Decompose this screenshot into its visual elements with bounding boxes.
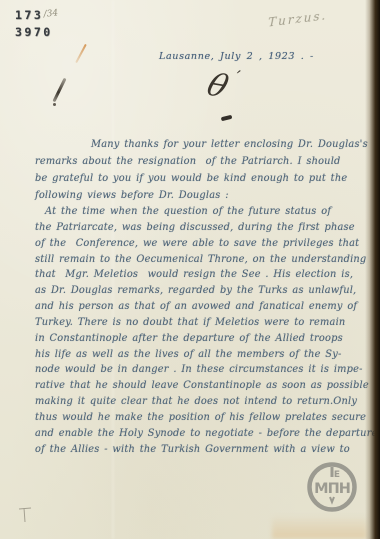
archive-number-row: 3970 <box>15 24 59 39</box>
typewritten-line: remarks about the resignation of the Pat… <box>35 153 371 170</box>
typewritten-line: be grateful to you if you would be kind … <box>35 170 371 187</box>
orange-scratch-mark <box>75 44 87 63</box>
typewritten-line: thus would he make the position of his f… <box>35 410 371 426</box>
stamp-bottom-mark <box>330 497 334 502</box>
typewritten-line: following views before Dr. Douglas : <box>35 187 371 204</box>
typewritten-line: At the time when the question of the fut… <box>35 204 371 220</box>
typewritten-line: of the Allies - with the Turkish Governm… <box>35 442 371 458</box>
typewritten-line: still remain to the Oecumenical Throne, … <box>35 252 371 268</box>
typewritten-line: in Constantinople after the departure of… <box>35 331 371 347</box>
library-circular-stamp: Ε ΜΠΗ <box>305 460 359 514</box>
typewritten-line: of the Conference, we were able to save … <box>35 236 371 252</box>
typewritten-line: node would be in danger . In these circu… <box>35 362 371 378</box>
scan-corner-discoloration <box>272 515 367 539</box>
handwritten-theta-mark: θ ′ <box>203 67 251 121</box>
dateline: Lausanne, July 2 , 1923 . - <box>159 51 314 62</box>
stamp-top-letter: Ε <box>334 470 340 480</box>
typewritten-line: and enable the Holy Synode to negotiate … <box>35 426 371 442</box>
typewritten-line: rative that he should leave Constantinop… <box>35 378 371 394</box>
archive-numbers: 173/34 3970 <box>15 7 59 39</box>
theta-glyph: θ <box>202 67 233 105</box>
theta-prime: ′ <box>234 67 241 87</box>
archive-number-stamp-2: 3970 <box>15 25 53 39</box>
typewritten-line: that Mgr. Meletios would resign the See … <box>35 267 371 283</box>
typewritten-line: and his person as that of an avowed and … <box>35 299 371 315</box>
archive-number-stamp: 173 <box>15 8 43 22</box>
pencil-slash-mark <box>52 78 66 103</box>
faint-pencil-mark <box>17 506 37 526</box>
scanned-letter-page: 173/34 3970 Turzus. Lausanne, July 2 , 1… <box>0 0 380 539</box>
typewritten-line: his life as well as the lives of all the… <box>35 347 371 363</box>
paragraph: At the time when the question of the fut… <box>35 204 371 458</box>
pencil-dot-mark <box>53 103 56 106</box>
scan-edge-shadow <box>365 0 380 539</box>
typewritten-line: as Dr. Douglas remarks, regarded by the … <box>35 283 371 299</box>
archive-number-pencil-suffix: /34 <box>43 6 59 21</box>
typewritten-line: Turkey. There is no doubt that if Meleti… <box>35 315 371 331</box>
typewritten-line: Many thanks for your letter enclosing Dr… <box>35 136 371 153</box>
stamp-monogram-letters: ΜΠΗ <box>314 481 350 497</box>
handwritten-pencil-note: Turzus. <box>268 8 327 29</box>
archive-number-row: 173/34 <box>15 7 59 24</box>
paragraph: Many thanks for your letter enclosing Dr… <box>35 136 371 204</box>
typewritten-line: the Patriarcate, was being discussed, du… <box>35 220 371 236</box>
typewritten-line: making it quite clear that he does not i… <box>35 394 371 410</box>
